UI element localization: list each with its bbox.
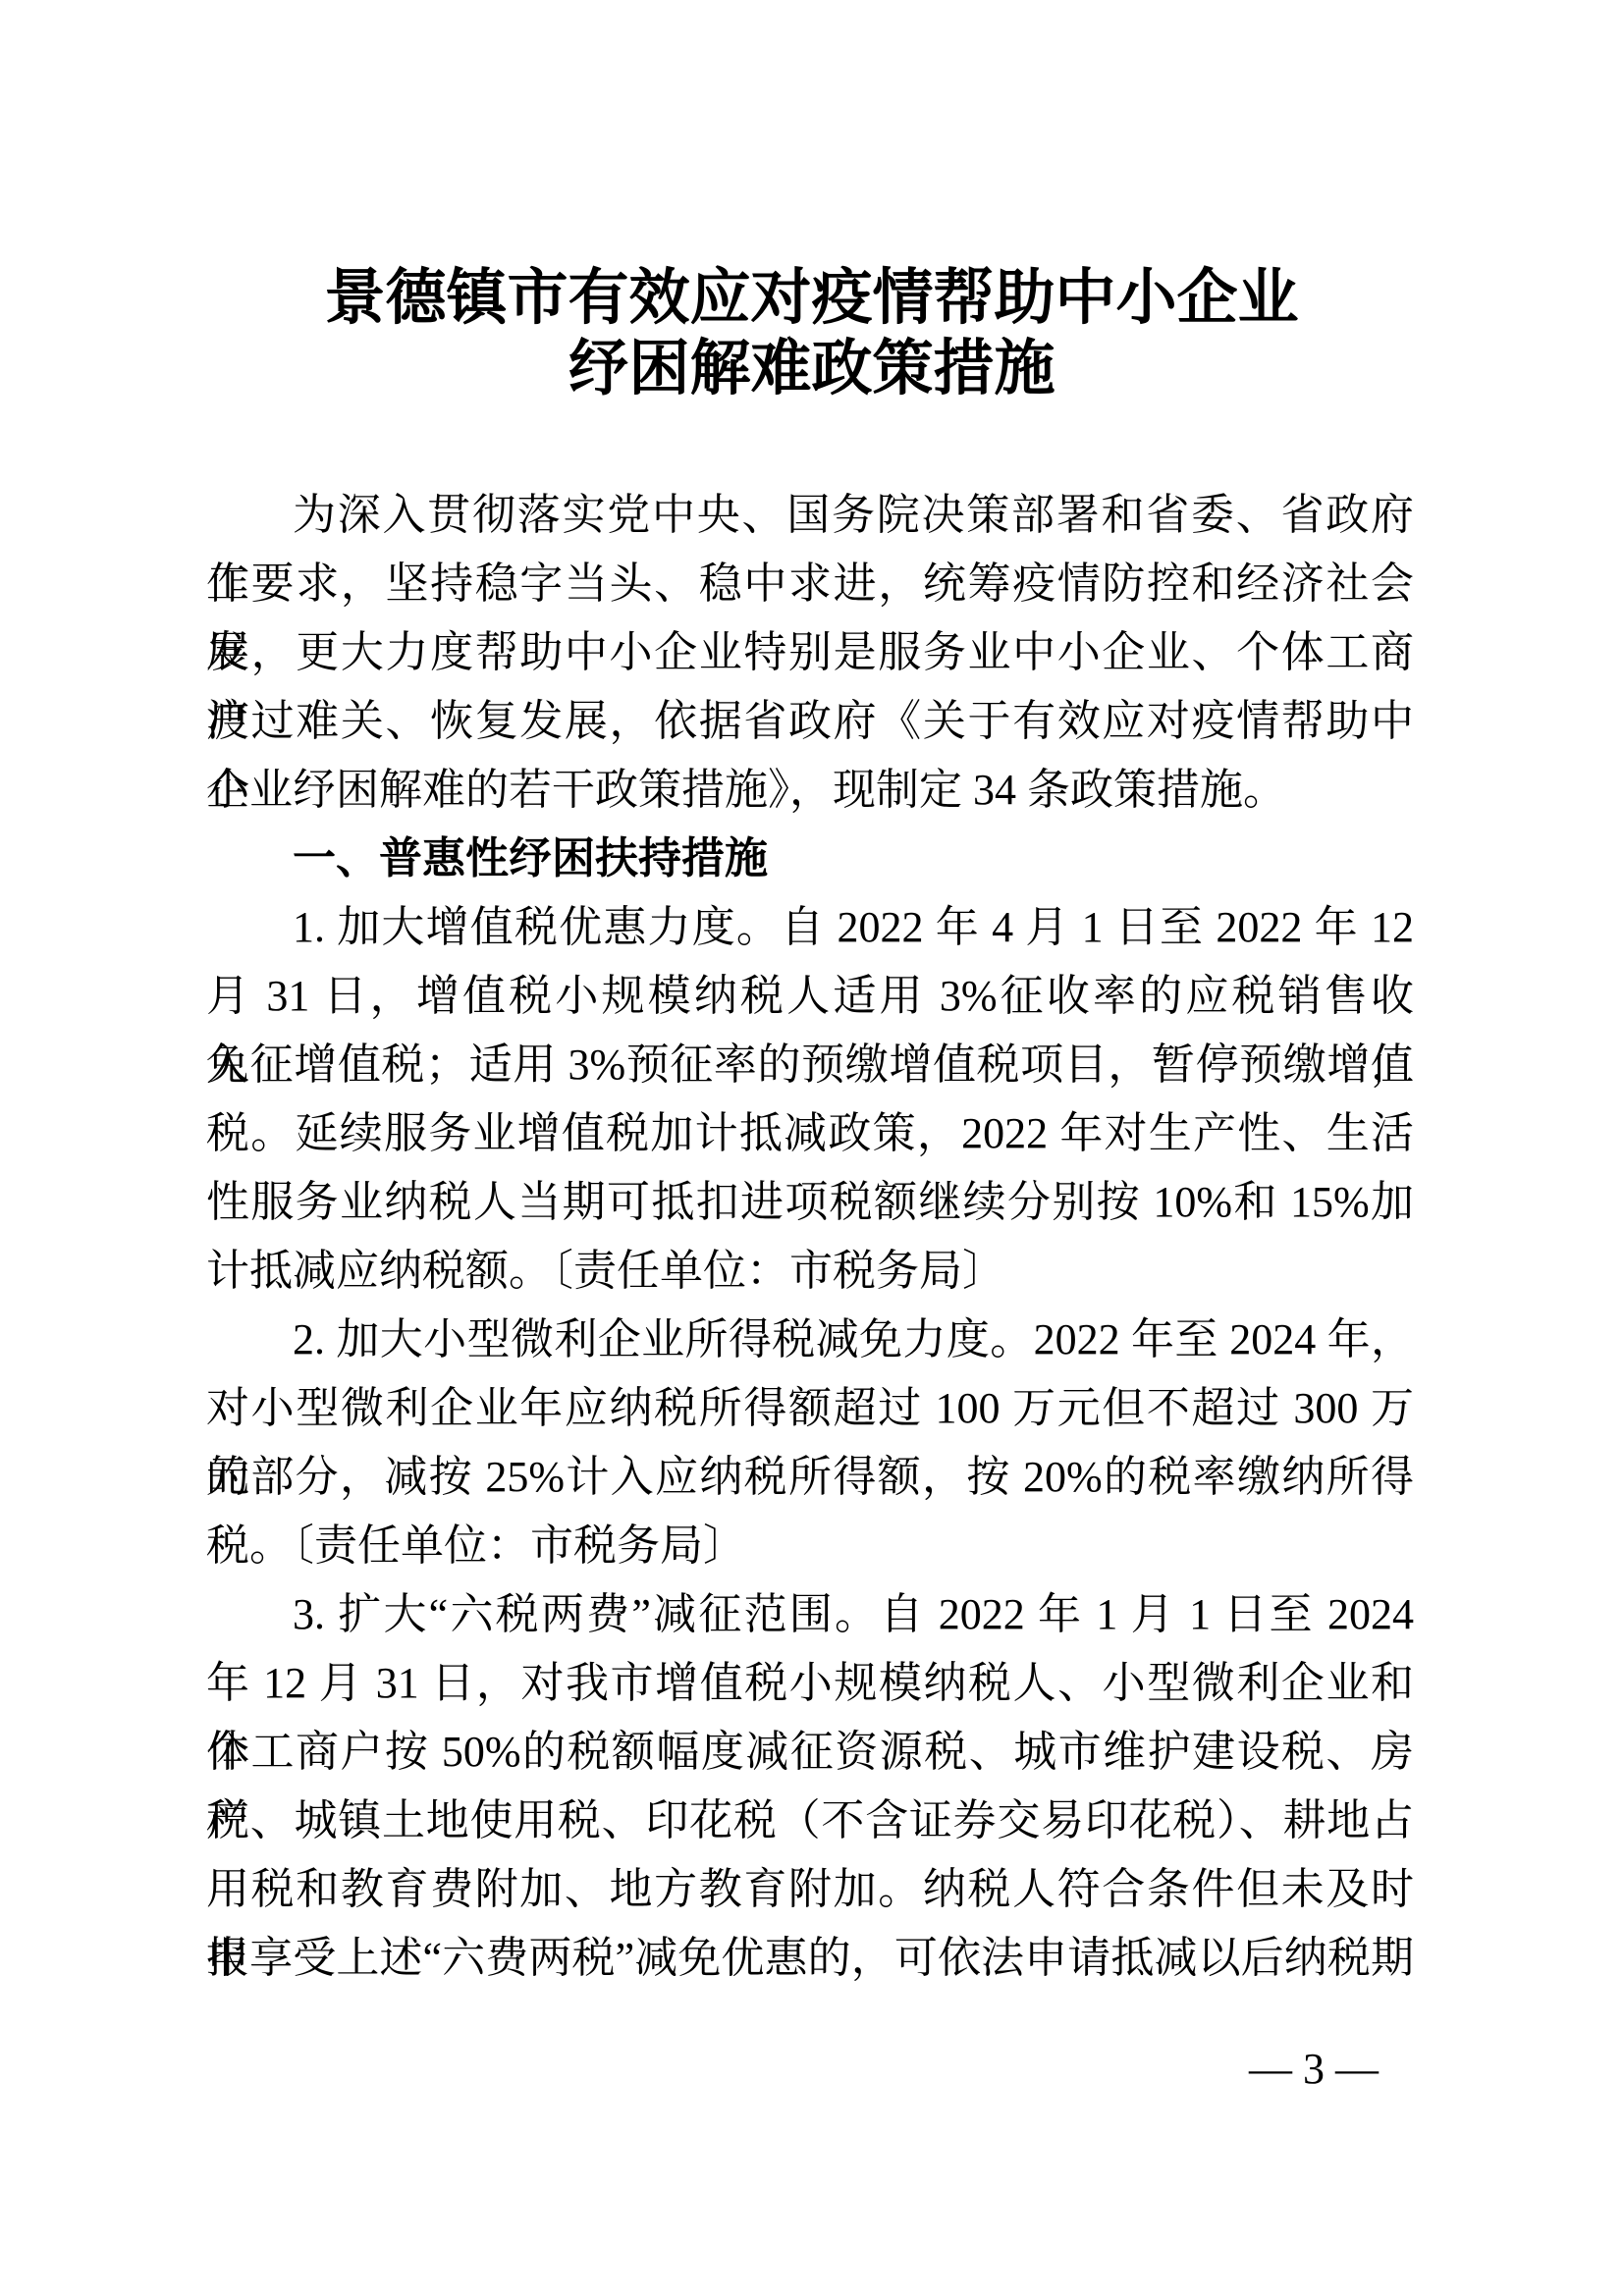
responsibility-tag: 〔责任单位：市税务局〕: [552, 1247, 1005, 1295]
document-body: 为深入贯彻落实党中央、国务院决策部署和省委、省政府工 作要求，坚持稳字当头、稳中…: [206, 481, 1414, 1993]
title-line-1: 景德镇市有效应对疫情帮助中小企业: [0, 263, 1623, 334]
text-line: 报享受上述“六费两税”减免优惠的，可依法申请抵减以后纳税期: [206, 1924, 1414, 1993]
text-line: 计抵减应纳税额。〔责任单位：市税务局〕: [206, 1237, 1414, 1306]
text-segment: 税。: [206, 1522, 293, 1570]
text-line: 对小型微利企业年应纳税所得额超过 100 万元但不超过 300 万元: [206, 1374, 1414, 1443]
text-line: 企业纾困解难的若干政策措施》，现制定 34 条政策措施。: [206, 756, 1414, 825]
document-page: 景德镇市有效应对疫情帮助中小企业 纾困解难政策措施 为深入贯彻落实党中央、国务院…: [0, 0, 1623, 2296]
title-line-2: 纾困解难政策措施: [0, 334, 1623, 404]
text-line: 税。延续服务业增值税加计抵减政策，2022 年对生产性、生活: [206, 1099, 1414, 1168]
text-line: 渡过难关、恢复发展，依据省政府《关于有效应对疫情帮助中小: [206, 687, 1414, 756]
text-line: 用税和教育费附加、地方教育附加。纳税人符合条件但未及时申: [206, 1855, 1414, 1924]
text-line: 展，更大力度帮助中小企业特别是服务业中小企业、个体工商户: [206, 618, 1414, 687]
text-line: 的部分，减按 25%计入应纳税所得额，按 20%的税率缴纳所得: [206, 1443, 1414, 1512]
text-line: 2. 加大小型微利企业所得税减免力度。2022 年至 2024 年，: [206, 1306, 1414, 1374]
text-line: 为深入贯彻落实党中央、国务院决策部署和省委、省政府工: [206, 481, 1414, 550]
text-line: 月 31 日，增值税小规模纳税人适用 3%征收率的应税销售收入，: [206, 962, 1414, 1031]
text-line: 税、城镇土地使用税、印花税（不含证券交易印花税）、耕地占: [206, 1787, 1414, 1855]
text-line: 1. 加大增值税优惠力度。自 2022 年 4 月 1 日至 2022 年 12: [206, 893, 1414, 962]
text-line: 3. 扩大“六税两费”减征范围。自 2022 年 1 月 1 日至 2024: [206, 1580, 1414, 1649]
section-heading: 一、普惠性纾困扶持措施: [206, 825, 1414, 893]
text-line: 性服务业纳税人当期可抵扣进项税额继续分别按 10%和 15%加: [206, 1168, 1414, 1237]
text-line: 免征增值税；适用 3%预征率的预缴增值税项目，暂停预缴增值: [206, 1031, 1414, 1099]
page-number: — 3 —: [1216, 2045, 1412, 2094]
document-title: 景德镇市有效应对疫情帮助中小企业 纾困解难政策措施: [0, 263, 1623, 404]
text-line: 年 12 月 31 日，对我市增值税小规模纳税人、小型微利企业和个: [206, 1649, 1414, 1718]
responsibility-tag: 〔责任单位：市税务局〕: [293, 1522, 746, 1570]
text-line: 体工商户按 50%的税额幅度减征资源税、城市维护建设税、房产: [206, 1718, 1414, 1787]
text-segment: 计抵减应纳税额。: [206, 1247, 552, 1295]
text-line: 税。〔责任单位：市税务局〕: [206, 1512, 1414, 1580]
text-line: 作要求，坚持稳字当头、稳中求进，统筹疫情防控和经济社会发: [206, 550, 1414, 618]
